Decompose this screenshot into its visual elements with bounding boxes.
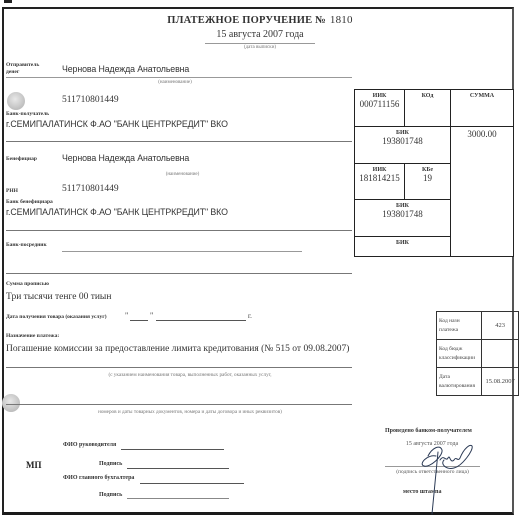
accountant-label: ФИО главного бухгалтера — [63, 475, 134, 481]
director-name-field — [121, 449, 224, 450]
payment-purpose-code-value: 423 — [482, 312, 519, 340]
beneficiary-bank-underline — [6, 230, 352, 231]
sender-underline — [6, 77, 352, 78]
intermediary-bank-underline — [62, 251, 302, 252]
beneficiary-rnn-label: РНН — [6, 188, 18, 195]
table-row: Код бюдж классификации — [437, 340, 519, 368]
payment-purpose-code-label: Код назн платежа — [437, 312, 482, 340]
document-title: ПЛАТЕЖНОЕ ПОРУЧЕНИЕ №1810 — [150, 14, 370, 26]
sum-label: СУММА — [451, 93, 513, 99]
amount-words-value: Три тысячи тенге 00 тиын — [6, 292, 111, 302]
receipt-date-day-field — [130, 320, 148, 321]
purpose-underline — [6, 367, 352, 368]
receipt-date-label: Дата получения товара (оказания услуг) — [6, 314, 107, 321]
beneficiary-name-caption: (наименование) — [145, 172, 220, 177]
value-date-value: 15.08.2007 — [482, 368, 519, 396]
benef-bik-cell: БИК 193801748 — [354, 199, 451, 237]
punch-hole-icon — [2, 394, 20, 412]
accountant-name-field — [140, 483, 244, 484]
sender-rnn: 511710801449 — [62, 95, 119, 105]
bank-processed-label: Проведено банком-получателем — [385, 428, 472, 434]
sender-name-caption: (наименование) — [130, 80, 220, 85]
purpose-caption-2: номеров и даты товарных документов, номе… — [60, 409, 320, 415]
kod-cell: КОд — [404, 89, 451, 127]
date-underline — [205, 43, 315, 44]
sender-iik-cell: ИИК 000711156 — [354, 89, 405, 127]
recipient-bank-underline — [6, 141, 352, 142]
sum-header-cell: СУММА — [450, 89, 514, 127]
intermediary-bank-label: Банк-посредник — [6, 242, 47, 249]
director-signature-field — [127, 468, 229, 469]
kbe-value: 19 — [405, 173, 450, 183]
table-row: Код назн платежа 423 — [437, 312, 519, 340]
beneficiary-label: Бенефициар — [6, 156, 37, 163]
corner-mark — [4, 0, 12, 3]
value-date-label: Дата валютирования — [437, 368, 482, 396]
budget-classification-code-value — [482, 340, 519, 368]
purpose-value: Погашение комиссии за предоставление лим… — [6, 344, 349, 354]
director-label: ФИО руководителя — [63, 442, 116, 448]
receipt-date-year-suffix: г. — [248, 312, 252, 320]
accountant-signature-field — [127, 498, 229, 499]
payment-codes-table: Код назн платежа 423 Код бюдж классифика… — [436, 311, 519, 396]
document-number: 1810 — [330, 14, 353, 26]
punch-hole-icon — [7, 92, 25, 110]
table-row: Дата валютирования 15.08.2007 — [437, 368, 519, 396]
benef-iik-cell: ИИК 181814215 — [354, 163, 405, 200]
intermediary-section-divider — [6, 273, 352, 274]
beneficiary-bank-name: г.СЕМИПАЛАТИНСК Ф.АО "БАНК ЦЕНТРКРЕДИТ" … — [6, 207, 228, 217]
document-date: 15 августа 2007 года — [150, 29, 370, 40]
beneficiary-bank-label: Банк бенефициара — [6, 199, 53, 206]
receipt-date-month-field — [156, 320, 246, 321]
recipient-bank-label: Банк-получатель — [6, 111, 49, 118]
stamp-place-label: МП — [26, 460, 42, 470]
sender-label: Отправитель денег — [6, 62, 46, 76]
benef-bik-value: 193801748 — [355, 209, 450, 219]
date-caption: (дата выписки) — [205, 45, 315, 50]
receipt-date-quote-open: " — [125, 311, 128, 320]
receipt-date-quote-close: " — [150, 311, 153, 320]
kbe-cell: КБе 19 — [404, 163, 451, 200]
accountant-signature-label: Подпись — [99, 492, 122, 498]
purpose-second-underline — [6, 404, 352, 405]
sender-bik-value: 193801748 — [355, 136, 450, 146]
director-signature-label: Подпись — [99, 461, 122, 467]
purpose-caption-1: (с указанием наименования товара, выполн… — [70, 372, 310, 378]
purpose-label: Назначение платежа: — [6, 333, 59, 340]
handwritten-signature-icon — [410, 438, 480, 518]
amount-words-label: Сумма прописью — [6, 281, 49, 288]
benef-iik-value: 181814215 — [355, 173, 404, 183]
intermediary-bik-label: БИК — [355, 240, 450, 246]
sum-value: 3000.00 — [451, 129, 513, 139]
kod-label: КОд — [405, 93, 450, 99]
sum-value-cell: 3000.00 — [450, 126, 514, 257]
sender-bik-cell: БИК 193801748 — [354, 126, 451, 164]
document-title-text: ПЛАТЕЖНОЕ ПОРУЧЕНИЕ № — [167, 15, 326, 26]
budget-classification-code-label: Код бюдж классификации — [437, 340, 482, 368]
beneficiary-rnn: 511710801449 — [62, 184, 119, 194]
recipient-bank-name: г.СЕМИПАЛАТИНСК Ф.АО "БАНК ЦЕНТРКРЕДИТ" … — [6, 119, 228, 129]
intermediary-bik-cell: БИК — [354, 236, 451, 257]
sender-iik-value: 000711156 — [355, 99, 404, 109]
beneficiary-name: Чернова Надежда Анатольевна — [62, 153, 189, 163]
sender-name: Чернова Надежда Анатольевна — [62, 64, 189, 74]
